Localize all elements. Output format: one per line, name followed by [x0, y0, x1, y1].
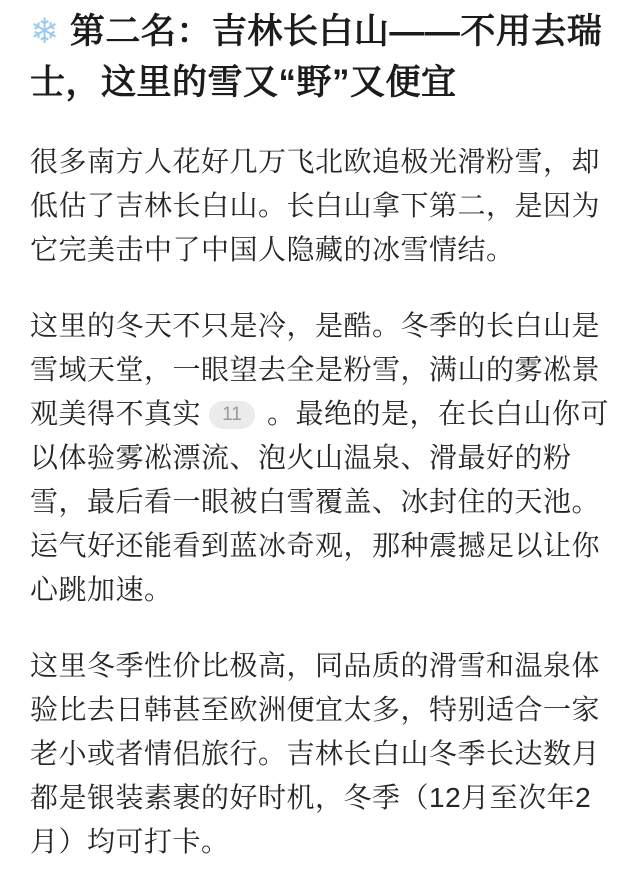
paragraph-intro: 很多南方人花好几万飞北欧追极光滑粉雪，却低估了吉林长白山。长白山拿下第二，是因为… [30, 140, 610, 272]
section-title: ❄第二名：吉林长白山——不用去瑞士，这里的雪又“野”又便宜 [30, 6, 610, 108]
snowflake-icon: ❄ [30, 12, 60, 51]
citation-badge[interactable]: 11 [209, 401, 255, 429]
article-page: ❄第二名：吉林长白山——不用去瑞士，这里的雪又“野”又便宜 很多南方人花好几万飞… [0, 0, 640, 864]
paragraph-winter: 这里的冬天不只是冷，是酷。冬季的长白山是雪域天堂，一眼望去全是粉雪，满山的雾凇景… [30, 304, 610, 612]
paragraph-winter-text-after: 。最绝的是，在长白山你可以体验雾凇漂流、泡火山温泉、滑最好的粉雪，最后看一眼被白… [30, 398, 609, 605]
section-title-text: 第二名：吉林长白山——不用去瑞士，这里的雪又“野”又便宜 [30, 12, 602, 102]
paragraph-value: 这里冬季性价比极高，同品质的滑雪和温泉体验比去日韩甚至欧洲便宜太多，特别适合一家… [30, 644, 610, 864]
